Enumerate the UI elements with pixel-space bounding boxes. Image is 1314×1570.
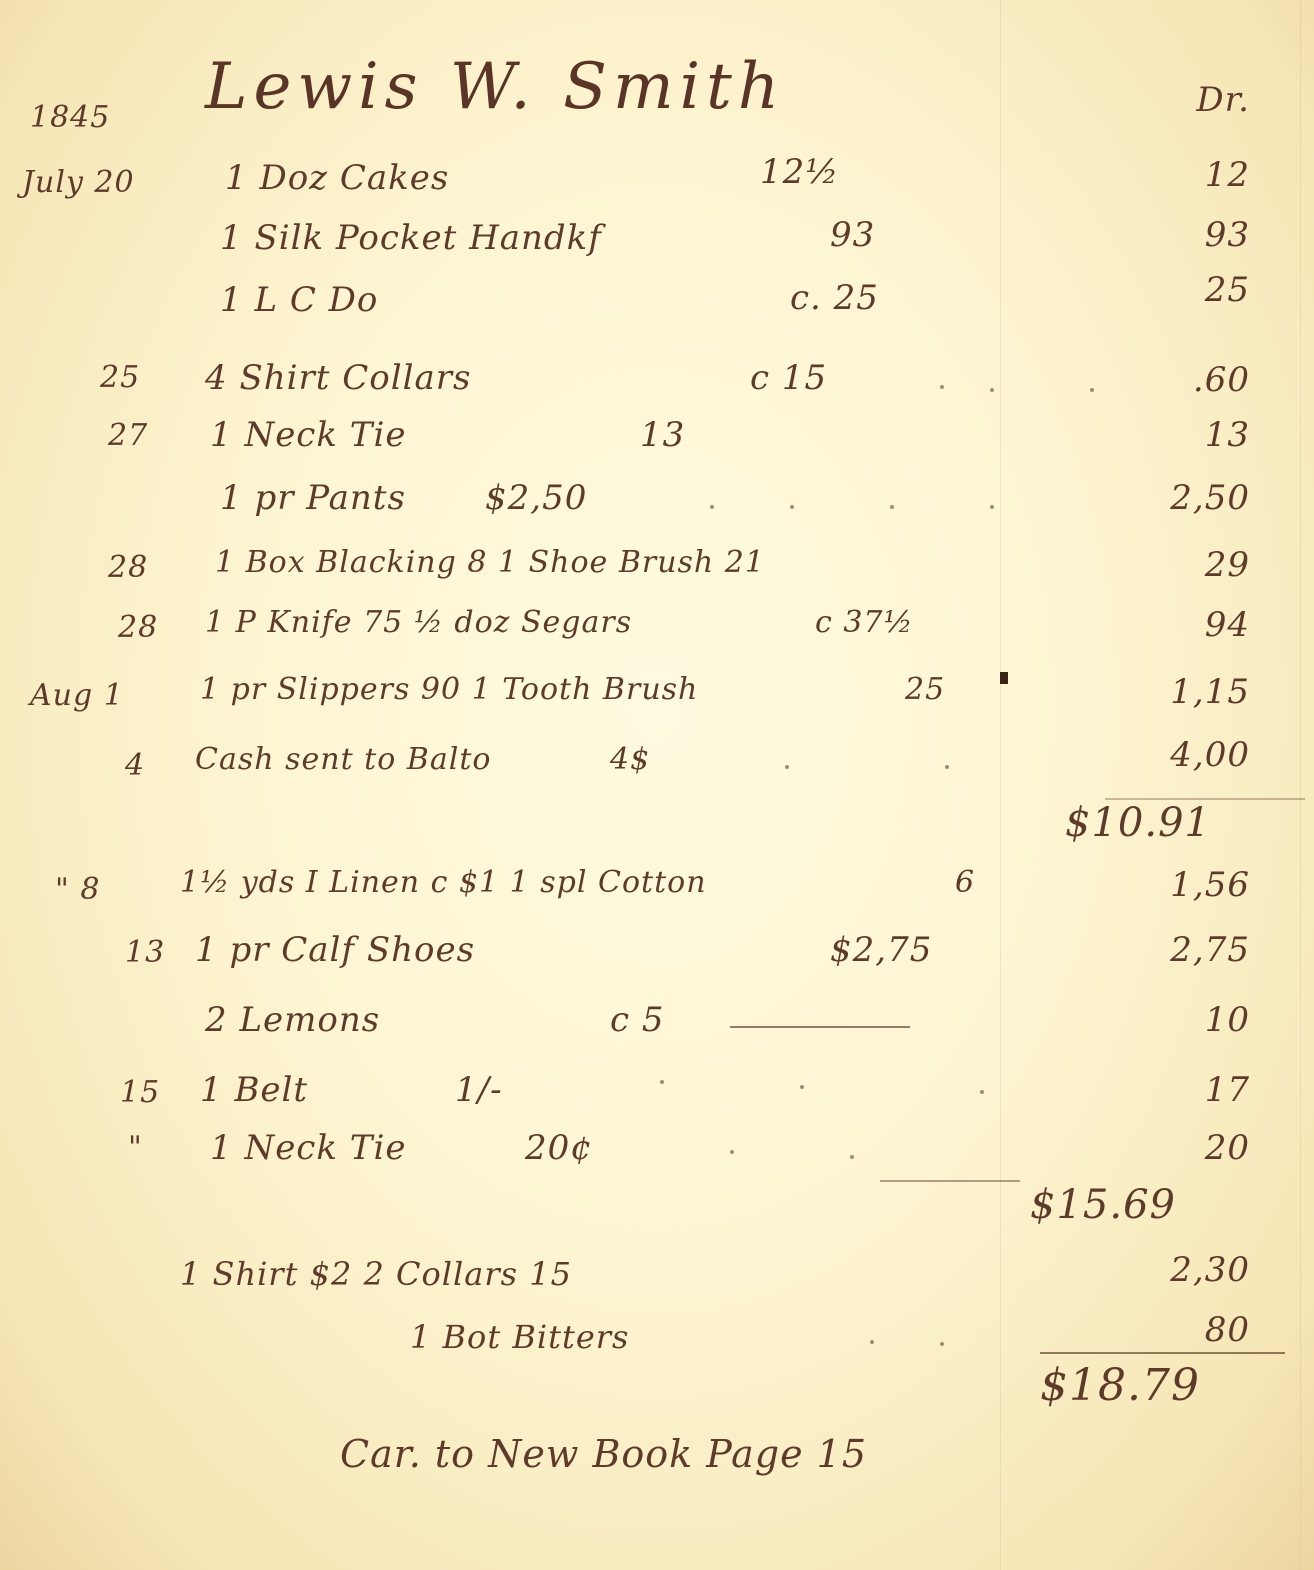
entry-date: July 20 [22, 165, 135, 200]
sum-rule [880, 1180, 1020, 1182]
year: 1845 [30, 100, 110, 135]
leader-dot [710, 505, 714, 509]
entry-rate: c 15 [750, 358, 827, 398]
column-rule [1300, 0, 1301, 1570]
entry-date: 25 [100, 360, 140, 395]
ink-blot [1000, 672, 1008, 684]
entry-description: 1½ yds I Linen c $1 1 spl Cotton [180, 865, 707, 900]
leader-dot [800, 1085, 804, 1089]
entry-description: 1 Doz Cakes [225, 158, 449, 198]
entry-amount: 10 [1090, 1000, 1250, 1040]
entry-rate: c. 25 [790, 278, 879, 318]
entry-rate: 12½ [760, 152, 839, 192]
ledger-page: 1845 Lewis W. Smith Dr. July 20 1 Doz Ca… [0, 0, 1314, 1570]
entry-amount: 80 [1090, 1310, 1250, 1350]
leader-dot [940, 1342, 944, 1346]
leader-dot [730, 1150, 734, 1154]
entry-amount: 2,30 [1090, 1250, 1250, 1290]
subtotal-1: $10.91 [1065, 800, 1211, 846]
entry-date: 15 [120, 1075, 160, 1110]
entry-amount: 29 [1090, 545, 1250, 585]
entry-rate: 13 [640, 415, 685, 455]
column-rule [1000, 0, 1001, 1570]
leader-dot [870, 1340, 874, 1344]
leader-dot [850, 1155, 854, 1159]
leader-dot [660, 1080, 664, 1084]
entry-description: 1 Silk Pocket Handkf [220, 218, 602, 258]
leader-dot [890, 505, 894, 509]
entry-amount: 94 [1090, 605, 1250, 645]
leader-dot [785, 765, 789, 769]
entry-rate: 6 [955, 865, 975, 900]
entry-rate: 93 [830, 215, 875, 255]
entry-amount: 93 [1090, 215, 1250, 255]
entry-description: Cash sent to Balto [195, 742, 491, 777]
total-rule [1040, 1352, 1285, 1354]
entry-amount: 13 [1090, 415, 1250, 455]
entry-description: 1 pr Pants [220, 478, 406, 518]
entry-rate: 25 [905, 672, 945, 707]
account-name: Lewis W. Smith [205, 50, 785, 124]
carried-forward-note: Car. to New Book Page 15 [340, 1432, 867, 1476]
entry-date: 4 [125, 748, 145, 783]
leader-dot [1090, 388, 1094, 392]
entry-amount: 1,56 [1090, 865, 1250, 905]
entry-date: " 8 [55, 872, 100, 907]
entry-description: 1 Neck Tie [210, 415, 406, 455]
entry-description: 2 Lemons [205, 1000, 380, 1040]
entry-amount: 1,15 [1090, 672, 1250, 712]
leader-dot [945, 765, 949, 769]
entry-description: 1 Bot Bitters [410, 1318, 629, 1356]
entry-date: Aug 1 [30, 678, 124, 713]
entry-rate: $2,50 [485, 478, 587, 518]
entry-rate: $2,75 [830, 930, 932, 970]
strike-line [730, 1026, 910, 1028]
entry-amount: 2,50 [1090, 478, 1250, 518]
entry-description: 1 Shirt $2 2 Collars 15 [180, 1255, 572, 1293]
leader-dot [990, 388, 994, 392]
folio-mark: Dr. [1090, 80, 1250, 120]
leader-dot [990, 505, 994, 509]
leader-dot [980, 1090, 984, 1094]
grand-total: $18.79 [1040, 1360, 1200, 1411]
entry-date: " [128, 1130, 143, 1165]
entry-date: 13 [125, 935, 165, 970]
entry-description: 1 Box Blacking 8 1 Shoe Brush 21 [215, 545, 765, 580]
entry-amount: 2,75 [1090, 930, 1250, 970]
entry-amount: 25 [1090, 270, 1250, 310]
entry-amount: .60 [1090, 360, 1250, 400]
entry-description: 1 P Knife 75 ½ doz Segars [205, 605, 632, 640]
entry-description: 1 L C Do [220, 280, 378, 320]
entry-date: 27 [108, 418, 148, 453]
entry-amount: 20 [1090, 1128, 1250, 1168]
leader-dot [940, 385, 944, 389]
entry-amount: 4,00 [1090, 735, 1250, 775]
entry-rate: 4$ [610, 742, 650, 777]
entry-amount: 17 [1090, 1070, 1250, 1110]
entry-rate: 1/- [455, 1070, 503, 1110]
entry-description: 1 Neck Tie [210, 1128, 406, 1168]
entry-rate: c 37½ [815, 605, 914, 640]
leader-dot [790, 505, 794, 509]
entry-description: 1 Belt [200, 1070, 308, 1110]
entry-description: 4 Shirt Collars [205, 358, 471, 398]
subtotal-2: $15.69 [1030, 1182, 1176, 1228]
entry-amount: 12 [1090, 155, 1250, 195]
entry-date: 28 [118, 610, 158, 645]
entry-description: 1 pr Calf Shoes [195, 930, 475, 970]
entry-date: 28 [108, 550, 148, 585]
entry-rate: 20¢ [525, 1128, 593, 1168]
entry-description: 1 pr Slippers 90 1 Tooth Brush [200, 672, 698, 707]
entry-rate: c 5 [610, 1000, 664, 1040]
